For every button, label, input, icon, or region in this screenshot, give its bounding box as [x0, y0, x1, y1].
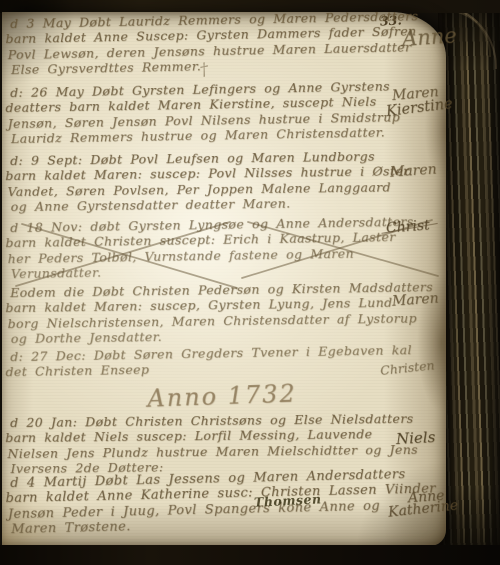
- register-entry: d 4 Martij Døbt Las Jessens og Maren And…: [10, 466, 443, 537]
- year-heading: Anno 1732: [110, 378, 335, 414]
- book-photo: 33. d 3 May Døbt Lauridz Remmers og Mare…: [0, 0, 500, 565]
- register-entry: d: 27 Dec: Døbt Søren Gregders Tvener i …: [10, 341, 442, 379]
- register-entry: d 3 May Døbt Lauridz Remmers og Maren Pe…: [10, 8, 443, 78]
- bottom-shadow-band: [0, 545, 500, 565]
- margin-name: Maren: [391, 290, 439, 309]
- margin-name: Anne: [401, 23, 457, 51]
- register-page: 33. d 3 May Døbt Lauridz Remmers og Mare…: [2, 12, 446, 546]
- margin-name: Maren: [389, 161, 437, 180]
- register-entry: Eodem die Døbt Christen Pedersøn og Kirs…: [10, 279, 443, 347]
- margin-name: Niels: [396, 428, 436, 448]
- book-fore-edge: [438, 0, 500, 565]
- margin-name-struck: Christ: [385, 217, 430, 236]
- register-entry: d: 26 May Døbt Gyrsten Lefingers og Anne…: [10, 77, 443, 146]
- register-entry: d: 9 Sept: Døbt Povl Leufsen og Maren Lu…: [10, 148, 443, 215]
